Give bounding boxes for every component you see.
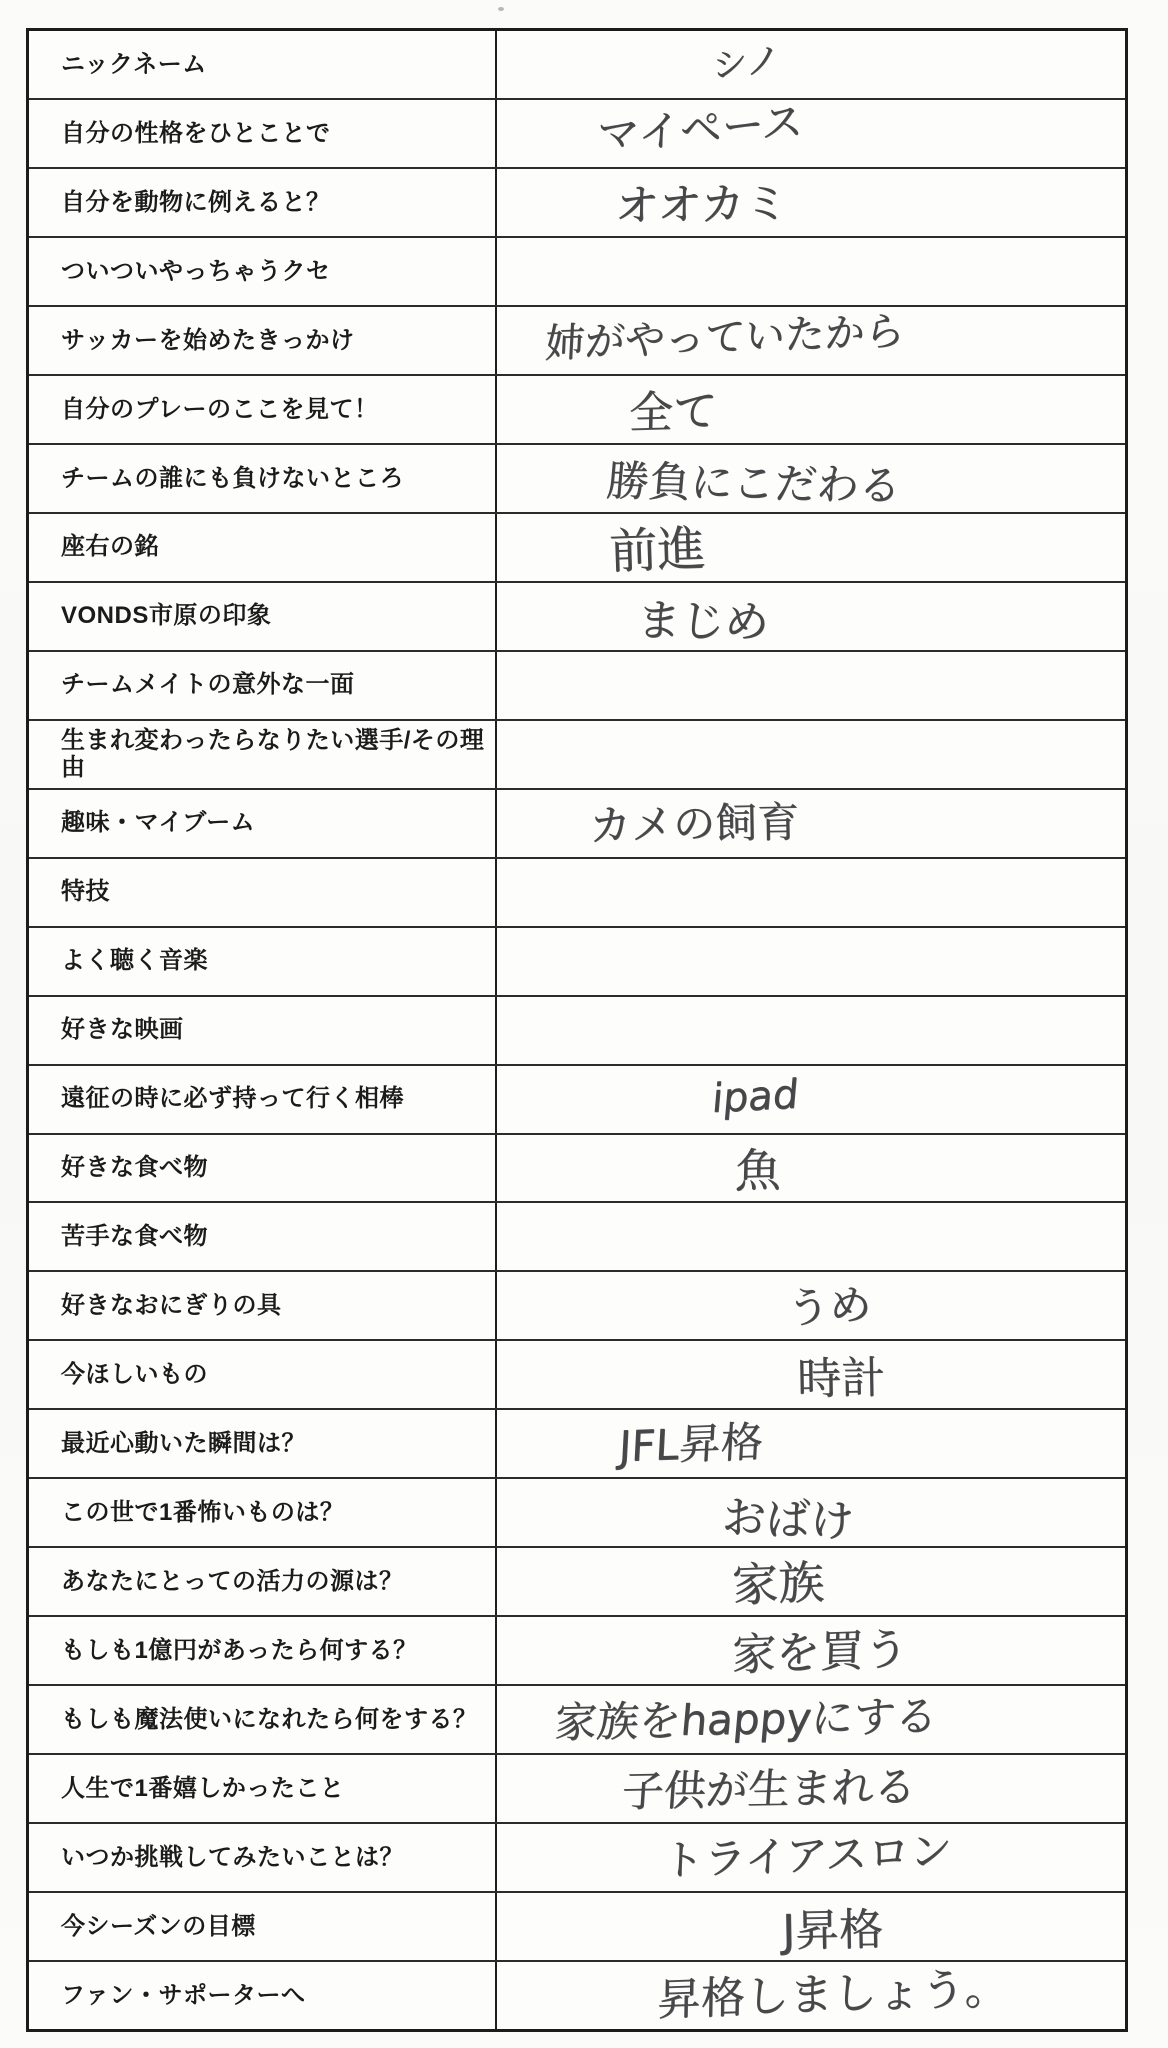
answer-cell: 子供が生まれる	[497, 1755, 1125, 1822]
questionnaire-row: 今ほしいもの 時計	[29, 1339, 1125, 1408]
questionnaire-row: ニックネーム シノ	[29, 31, 1125, 98]
handwritten-answer: 家を買う	[731, 1613, 909, 1683]
handwritten-answer: 家族	[731, 1546, 825, 1615]
answer-cell	[497, 997, 1125, 1064]
answer-cell: 全て	[497, 376, 1125, 443]
answer-cell	[497, 721, 1125, 788]
answer-cell: 家を買う	[497, 1617, 1125, 1684]
question-label: 人生で1番嬉しかったこと	[61, 1775, 344, 1803]
questionnaire-row: 自分の性格をひとことで マイペース	[29, 98, 1125, 167]
question-cell: ついついやっちゃうクセ	[29, 238, 497, 305]
questionnaire-row: もしも1億円があったら何する？ 家を買う	[29, 1615, 1125, 1684]
question-cell: よく聴く音楽	[29, 928, 497, 995]
question-label: この世で1番怖いものは？	[61, 1499, 344, 1527]
question-cell: 好きな映画	[29, 997, 497, 1064]
question-cell: あなたにとっての活力の源は？	[29, 1548, 497, 1615]
question-label: 生まれ変わったらなりたい選手/その理由	[61, 727, 487, 782]
questionnaire-row: 趣味・マイブーム カメの飼育	[29, 788, 1125, 857]
answer-cell: 魚	[497, 1135, 1125, 1202]
question-label: 最近心動いた瞬間は？	[61, 1430, 306, 1458]
question-cell: 生まれ変わったらなりたい選手/その理由	[29, 721, 497, 788]
handwritten-answer: うめ	[785, 1272, 872, 1336]
question-cell: 人生で1番嬉しかったこと	[29, 1755, 497, 1822]
handwritten-answer: ipad	[710, 1071, 800, 1122]
question-cell: 今シーズンの目標	[29, 1893, 497, 1960]
questionnaire-row: いつか挑戦してみたいことは？ トライアスロン	[29, 1822, 1125, 1891]
handwritten-answer: 全て	[628, 375, 718, 441]
question-cell: 自分の性格をひとことで	[29, 100, 497, 167]
handwritten-answer: 姉がやっていたから	[544, 299, 907, 369]
handwritten-answer: 昇格しましょう。	[656, 1951, 1009, 2027]
question-label: 好きなおにぎりの具	[61, 1292, 282, 1320]
questionnaire-row: ファン・サポーターへ 昇格しましょう。	[29, 1960, 1125, 2029]
handwritten-answer: マイペース	[596, 89, 805, 164]
questionnaire-row: VONDS市原の印象 まじめ	[29, 581, 1125, 650]
answer-cell: 勝負にこだわる	[497, 445, 1125, 512]
question-label: ついついやっちゃうクセ	[61, 258, 331, 286]
questionnaire-row: 座右の銘 前進	[29, 512, 1125, 581]
question-label: 好きな食べ物	[61, 1154, 208, 1182]
question-cell: 座右の銘	[29, 514, 497, 581]
handwritten-answer: 時計	[796, 1341, 885, 1407]
handwritten-answer: 子供が生まれる	[620, 1754, 918, 1819]
questionnaire-row: 好きなおにぎりの具 うめ	[29, 1270, 1125, 1339]
question-label: もしも1億円があったら何する？	[61, 1637, 418, 1665]
questionnaire-row: この世で1番怖いものは？ おばけ	[29, 1477, 1125, 1546]
question-cell: 好きな食べ物	[29, 1135, 497, 1202]
answer-cell: シノ	[497, 31, 1125, 98]
answer-cell: J昇格	[497, 1893, 1125, 1960]
answer-cell: オオカミ	[497, 169, 1125, 236]
question-label: あなたにとっての活力の源は？	[61, 1568, 404, 1596]
questionnaire-row: もしも魔法使いになれたら何をする？ 家族をhappyにする	[29, 1684, 1125, 1753]
answer-cell: ipad	[497, 1066, 1125, 1133]
answer-cell: 家族をhappyにする	[497, 1686, 1125, 1753]
questionnaire-row: チームメイトの意外な一面	[29, 650, 1125, 719]
questionnaire-row: 今シーズンの目標 J昇格	[29, 1891, 1125, 1960]
questionnaire-row: ついついやっちゃうクセ	[29, 236, 1125, 305]
answer-cell: 時計	[497, 1341, 1125, 1408]
answer-cell	[497, 238, 1125, 305]
question-label: チームメイトの意外な一面	[61, 671, 355, 699]
answer-cell: まじめ	[497, 583, 1125, 650]
question-cell: 趣味・マイブーム	[29, 790, 497, 857]
question-cell: 自分を動物に例えると？	[29, 169, 497, 236]
answer-cell: カメの飼育	[497, 790, 1125, 857]
question-cell: 好きなおにぎりの具	[29, 1272, 497, 1339]
question-cell: サッカーを始めたきっかけ	[29, 307, 497, 374]
question-cell: 遠征の時に必ず持って行く相棒	[29, 1066, 497, 1133]
question-label: 自分を動物に例えると？	[61, 189, 331, 217]
answer-cell: マイペース	[497, 100, 1125, 167]
answer-cell: 前進	[497, 514, 1125, 581]
questionnaire-row: 特技	[29, 857, 1125, 926]
question-label: 今シーズンの目標	[61, 1913, 256, 1941]
question-label: 苦手な食べ物	[61, 1223, 208, 1251]
handwritten-answer: トライアスロン	[661, 1818, 953, 1888]
answer-cell: 昇格しましょう。	[497, 1962, 1125, 2029]
question-cell: この世で1番怖いものは？	[29, 1479, 497, 1546]
question-cell: 特技	[29, 859, 497, 926]
handwritten-answer: シノ	[712, 32, 780, 89]
question-label: チームの誰にも負けないところ	[61, 465, 404, 493]
questionnaire-row: あなたにとっての活力の源は？ 家族	[29, 1546, 1125, 1615]
scanned-questionnaire-page: ニックネーム シノ 自分の性格をひとことで マイペース 自分を動物に例えると？ …	[0, 0, 1168, 2048]
question-cell: VONDS市原の印象	[29, 583, 497, 650]
answer-cell	[497, 928, 1125, 995]
answer-cell: おばけ	[497, 1479, 1125, 1546]
answer-cell: 姉がやっていたから	[497, 307, 1125, 374]
handwritten-answer: 魚	[734, 1134, 782, 1201]
answer-cell	[497, 1203, 1125, 1270]
answer-cell: トライアスロン	[497, 1824, 1125, 1891]
question-label: いつか挑戦してみたいことは？	[61, 1844, 404, 1872]
handwritten-answer: 家族をhappyにする	[552, 1683, 940, 1750]
question-cell: いつか挑戦してみたいことは？	[29, 1824, 497, 1891]
question-cell: 今ほしいもの	[29, 1341, 497, 1408]
question-label: 今ほしいもの	[61, 1361, 208, 1389]
question-label: ファン・サポーターへ	[61, 1982, 306, 2010]
handwritten-answer: J昇格	[781, 1893, 883, 1959]
questionnaire-row: 生まれ変わったらなりたい選手/その理由	[29, 719, 1125, 788]
answer-cell: JFL昇格	[497, 1410, 1125, 1477]
question-label: ニックネーム	[61, 51, 207, 79]
handwritten-answer: 勝負にこだわる	[604, 448, 903, 513]
question-label: 遠征の時に必ず持って行く相棒	[61, 1085, 404, 1113]
question-cell: ファン・サポーターへ	[29, 1962, 497, 2029]
questionnaire-row: 好きな食べ物 魚	[29, 1133, 1125, 1202]
questionnaire-row: サッカーを始めたきっかけ 姉がやっていたから	[29, 305, 1125, 374]
answer-cell	[497, 652, 1125, 719]
question-cell: もしも1億円があったら何する？	[29, 1617, 497, 1684]
question-cell: チームメイトの意外な一面	[29, 652, 497, 719]
questionnaire-row: よく聴く音楽	[29, 926, 1125, 995]
question-label: 座右の銘	[61, 533, 159, 561]
handwritten-answer: おばけ	[721, 1481, 855, 1550]
question-cell: 最近心動いた瞬間は？	[29, 1410, 497, 1477]
questionnaire-row: 遠征の時に必ず持って行く相棒 ipad	[29, 1064, 1125, 1133]
question-label: 自分の性格をひとことで	[61, 120, 331, 148]
questionnaire-row: 最近心動いた瞬間は？ JFL昇格	[29, 1408, 1125, 1477]
handwritten-answer: オオカミ	[614, 167, 788, 234]
handwritten-answer: カメの飼育	[588, 789, 799, 853]
questionnaire-row: 苦手な食べ物	[29, 1201, 1125, 1270]
question-label: 趣味・マイブーム	[61, 809, 255, 837]
question-cell: 苦手な食べ物	[29, 1203, 497, 1270]
question-label: よく聴く音楽	[61, 947, 208, 975]
answer-cell: 家族	[497, 1548, 1125, 1615]
questionnaire-table: ニックネーム シノ 自分の性格をひとことで マイペース 自分を動物に例えると？ …	[26, 28, 1128, 2032]
questionnaire-row: 自分を動物に例えると？ オオカミ	[29, 167, 1125, 236]
question-label: 自分のプレーのここを見て！	[61, 396, 379, 424]
question-cell: チームの誰にも負けないところ	[29, 445, 497, 512]
questionnaire-row: 人生で1番嬉しかったこと 子供が生まれる	[29, 1753, 1125, 1822]
handwritten-answer: JFL昇格	[617, 1409, 764, 1474]
answer-cell	[497, 859, 1125, 926]
scan-artifact-speck	[498, 7, 504, 11]
question-label: VONDS市原の印象	[61, 602, 271, 630]
question-cell: もしも魔法使いになれたら何をする？	[29, 1686, 497, 1753]
handwritten-answer: まじめ	[635, 584, 771, 650]
question-label: 特技	[61, 878, 110, 906]
question-label: もしも魔法使いになれたら何をする？	[61, 1706, 478, 1734]
question-label: サッカーを始めたきっかけ	[61, 327, 355, 355]
question-cell: 自分のプレーのここを見て！	[29, 376, 497, 443]
handwritten-answer: 前進	[608, 509, 706, 581]
questionnaire-row: チームの誰にも負けないところ 勝負にこだわる	[29, 443, 1125, 512]
questionnaire-row: 好きな映画	[29, 995, 1125, 1064]
question-label: 好きな映画	[61, 1016, 184, 1044]
questionnaire-row: 自分のプレーのここを見て！ 全て	[29, 374, 1125, 443]
question-cell: ニックネーム	[29, 31, 497, 98]
answer-cell: うめ	[497, 1272, 1125, 1339]
